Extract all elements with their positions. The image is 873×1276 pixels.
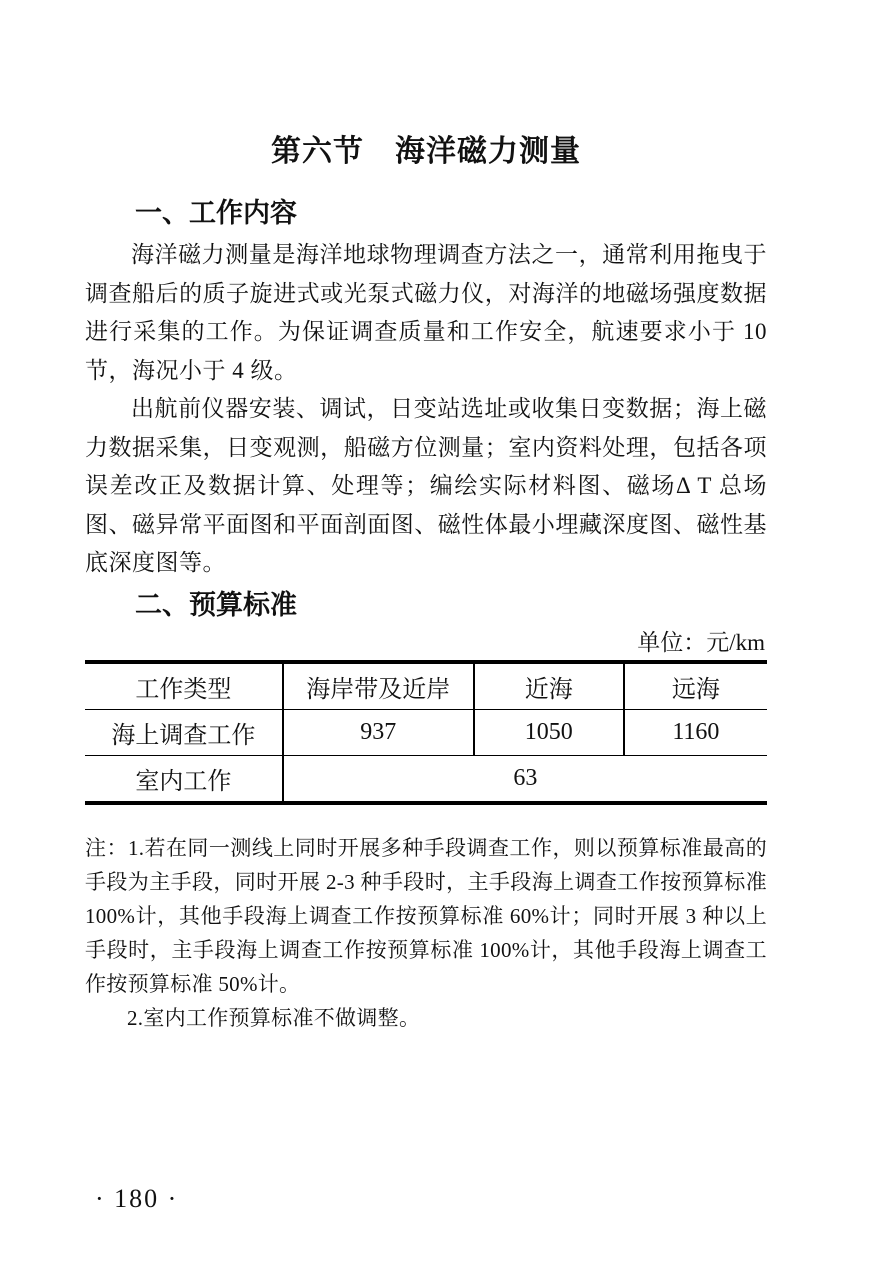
table-notes: 注：1.若在同一测线上同时开展多种手段调查工作，则以预算标准最高的手段为主手段，… (85, 831, 767, 1035)
page-number: · 180 · (95, 1184, 178, 1214)
paragraph-work-content-1: 海洋磁力测量是海洋地球物理调查方法之一，通常利用拖曳于调查船后的质子旋进式或光泵… (85, 236, 767, 390)
section-heading-work-content: 一、工作内容 (85, 197, 767, 229)
table-header-work-type: 工作类型 (85, 662, 283, 710)
table-header-coastal: 海岸带及近岸 (283, 662, 474, 710)
table-unit-label: 单位：元/km (85, 629, 767, 657)
paragraph-work-content-2: 出航前仪器安装、调试，日变站选址或收集日变数据；海上磁力数据采集，日变观测，船磁… (85, 390, 767, 583)
table-cell-value: 937 (283, 709, 474, 755)
note-2: 2.室内工作预算标准不做调整。 (85, 1001, 767, 1035)
table-cell-row-label: 室内工作 (85, 755, 283, 803)
budget-table: 工作类型 海岸带及近岸 近海 远海 海上调查工作 937 1050 1160 室… (85, 660, 767, 805)
table-row-indoor-work: 室内工作 63 (85, 755, 767, 803)
table-cell-value: 1050 (474, 709, 624, 755)
chapter-title: 第六节 海洋磁力测量 (85, 134, 767, 170)
table-header-offshore: 远海 (624, 662, 767, 710)
table-header-nearshore: 近海 (474, 662, 624, 710)
table-cell-row-label: 海上调查工作 (85, 709, 283, 755)
note-1: 注：1.若在同一测线上同时开展多种手段调查工作，则以预算标准最高的手段为主手段，… (85, 831, 767, 1001)
document-page: 第六节 海洋磁力测量 一、工作内容 海洋磁力测量是海洋地球物理调查方法之一，通常… (0, 0, 873, 1276)
budget-table-header-row: 工作类型 海岸带及近岸 近海 远海 (85, 662, 767, 710)
section-heading-budget-standard: 二、预算标准 (85, 589, 767, 621)
table-cell-merged-value: 63 (283, 755, 767, 803)
table-cell-value: 1160 (624, 709, 767, 755)
page-content: 第六节 海洋磁力测量 一、工作内容 海洋磁力测量是海洋地球物理调查方法之一，通常… (85, 0, 767, 1035)
table-row-sea-survey: 海上调查工作 937 1050 1160 (85, 709, 767, 755)
